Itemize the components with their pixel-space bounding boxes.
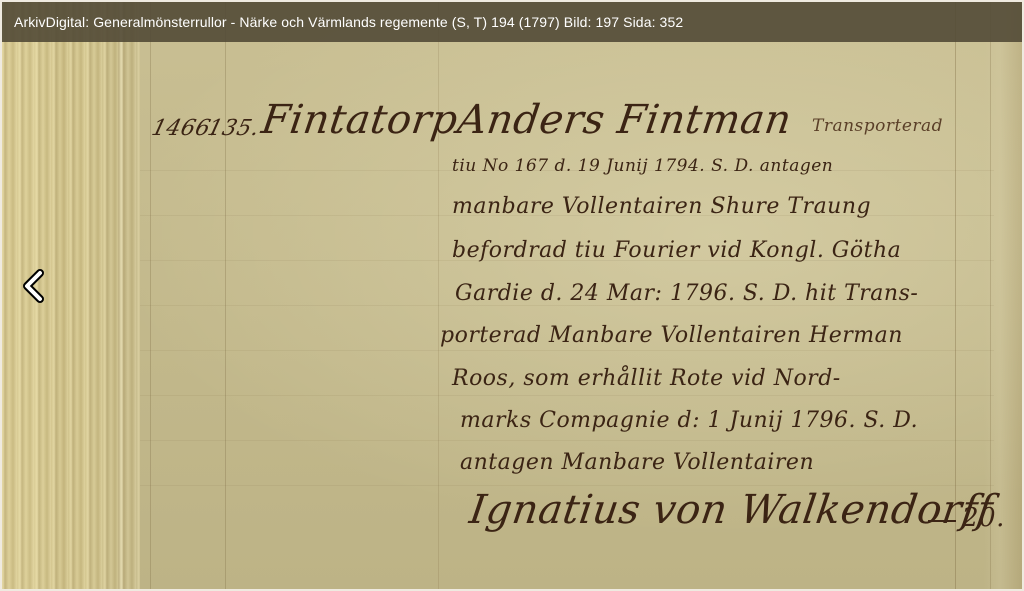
note-line-7: marks Compagnie d: 1 Junij 1796. S. D. [460, 410, 918, 432]
volunteer-name: Ignatius von Walkendorff [467, 490, 995, 530]
image-viewer: 1466. 135. Fintatorp Anders Fintman Tran… [0, 0, 1024, 591]
place-name: Fintatorp [259, 100, 460, 140]
horizontal-rule [140, 485, 994, 486]
note-line-8: antagen Manbare Vollentairen [460, 452, 814, 474]
gutter-edge [118, 0, 124, 591]
note-line-3: befordrad tiu Fourier vid Kongl. Götha [452, 240, 901, 262]
horizontal-rule [140, 395, 994, 396]
margin-rule [438, 0, 439, 591]
age-value: 20. [962, 505, 1005, 531]
soldier-name: Anders Fintman [455, 100, 794, 140]
note-line-4: Gardie d. 24 Mar: 1796. S. D. hit Trans- [455, 283, 918, 305]
chevron-left-icon [20, 269, 48, 303]
previous-image-button[interactable] [18, 268, 50, 304]
dash-mark [928, 520, 956, 522]
horizontal-rule [140, 350, 994, 351]
note-line-5: porterad Manbare Vollentairen Herman [440, 325, 903, 347]
note-line-2: manbare Vollentairen Shure Traung [452, 196, 871, 218]
margin-rule [150, 0, 151, 591]
horizontal-rule [140, 440, 994, 441]
title-bar: ArkivDigital: Generalmönsterrullor - När… [2, 2, 1022, 42]
note-line-6: Roos, som erhållit Rote vid Nord- [452, 368, 841, 390]
scanned-document-image[interactable]: 1466. 135. Fintatorp Anders Fintman Tran… [0, 0, 1024, 591]
note-line-1: tiu No 167 d. 19 Junij 1794. S. D. antag… [452, 158, 833, 175]
note-line-0: Transporterad [812, 118, 943, 135]
rote-number: 135. [205, 118, 261, 140]
window-title: ArkivDigital: Generalmönsterrullor - När… [14, 14, 683, 30]
margin-rule [225, 0, 226, 591]
